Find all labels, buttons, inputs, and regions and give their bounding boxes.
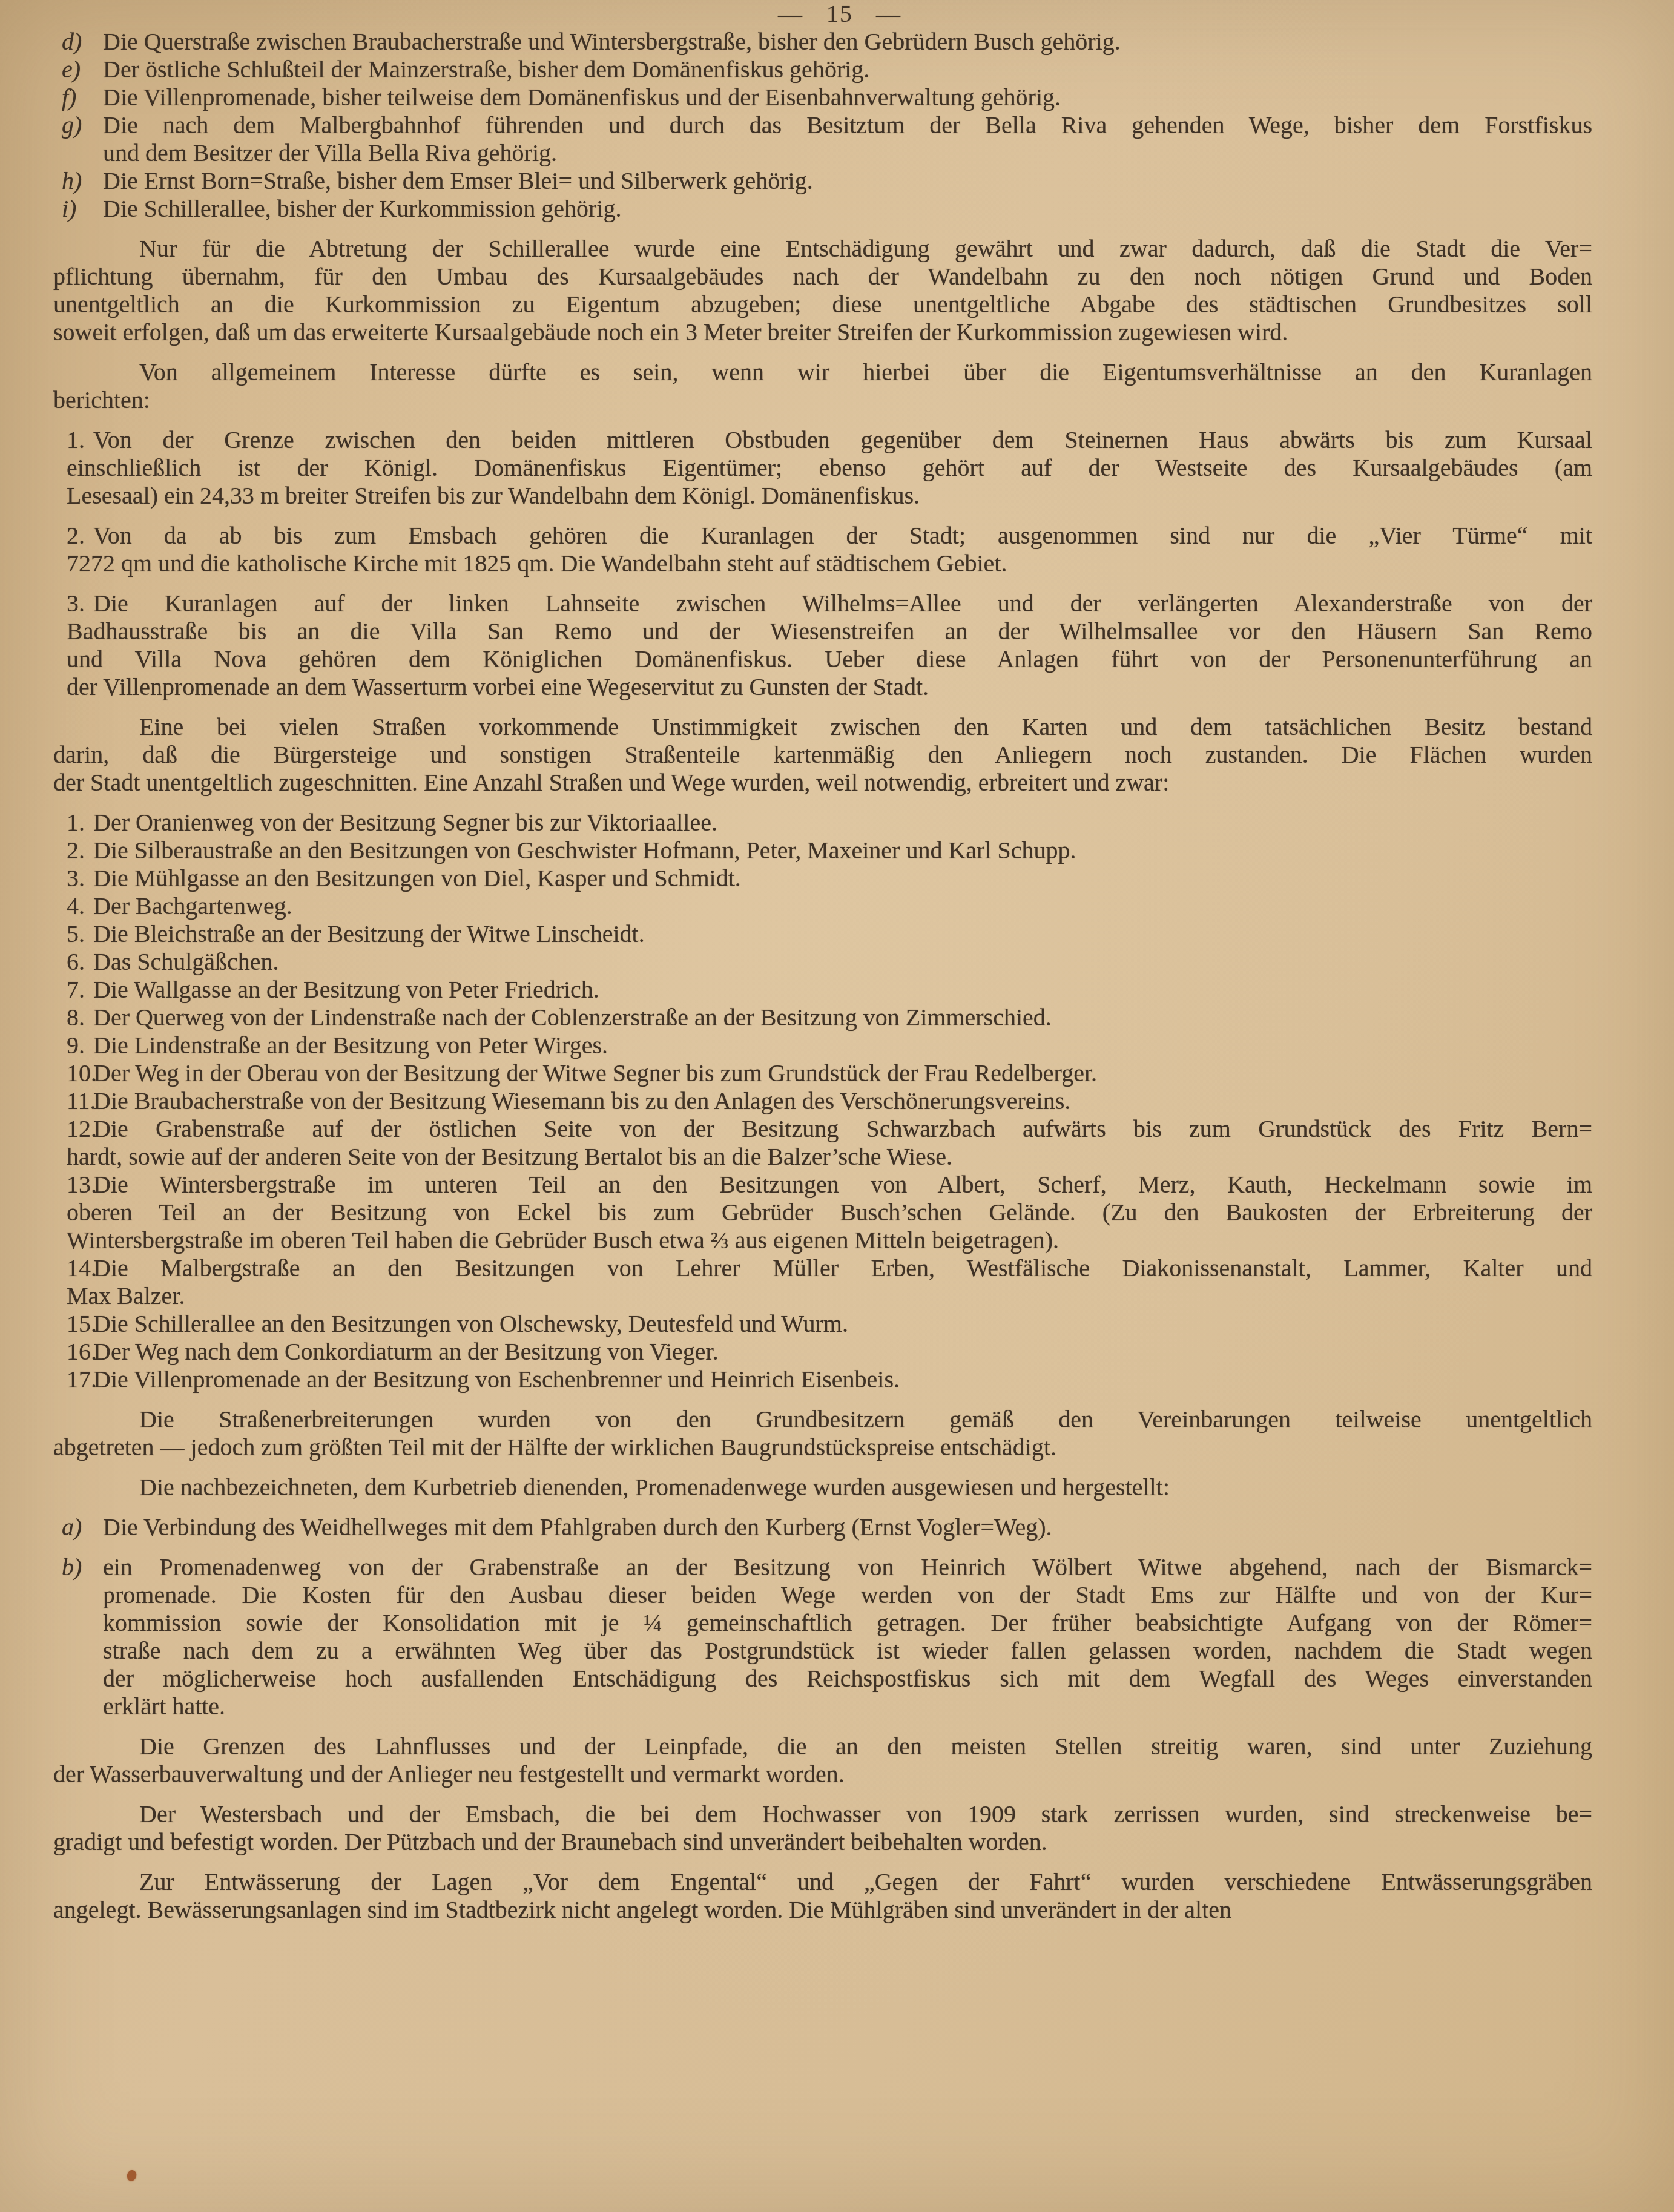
item-marker: 11.: [67, 1087, 93, 1115]
text-line: e)Der östliche Schlußteil der Mainzerstr…: [103, 56, 1592, 84]
item-marker: h): [62, 167, 97, 195]
item-marker: b): [62, 1553, 97, 1581]
item-marker: 14.: [67, 1254, 93, 1282]
street-item-6: 6.Das Schulgäßchen.: [67, 948, 1592, 976]
item-text: Die Kuranlagen auf der linken Lahnseite …: [93, 590, 1592, 617]
text-line: Zur Entwässerung der Lagen „Vor dem Enge…: [53, 1868, 1592, 1896]
text-line: Wintersbergstraße im oberen Teil haben d…: [67, 1226, 1592, 1254]
item-text: Die Wintersbergstraße im unteren Teil an…: [93, 1171, 1592, 1198]
item-marker: 6.: [67, 948, 93, 976]
text-line: der Wasserbauverwaltung und der Anlieger…: [53, 1760, 1592, 1788]
text-line: Der Westersbach und der Emsbach, die bei…: [53, 1800, 1592, 1828]
text-line: 16.Der Weg nach dem Conkordiaturm an der…: [67, 1338, 1592, 1366]
paragraph-eigentumsverhaeltnisse-intro: Von allgemeinem Interesse dürfte es sein…: [53, 358, 1592, 414]
item-text: ein Promenadenweg von der Grabenstraße a…: [103, 1553, 1592, 1581]
item-text: Die Schillerallee an den Besitzungen von…: [93, 1310, 848, 1337]
text-line: 4.Der Bachgartenweg.: [67, 892, 1592, 920]
street-item-15: 15.Die Schillerallee an den Besitzungen …: [67, 1310, 1592, 1338]
promenade-item-b: b)ein Promenadenweg von der Grabenstraße…: [62, 1553, 1592, 1720]
text-line: Eine bei vielen Straßen vorkommende Unst…: [53, 713, 1592, 741]
text-line: 7.Die Wallgasse an der Besitzung von Pet…: [67, 976, 1592, 1004]
list-item-h: h)Die Ernst Born=Straße, bisher dem Emse…: [62, 167, 1592, 195]
text-line: hardt, sowie auf der anderen Seite von d…: [67, 1143, 1592, 1171]
list-item-f: f)Die Villenpromenade, bisher teilweise …: [62, 84, 1592, 111]
scanned-document-page: — 15 —d)Die Querstraße zwischen Braubach…: [0, 0, 1674, 2212]
street-item-12: 12.Die Grabenstraße auf der östlichen Se…: [67, 1115, 1592, 1171]
item-marker: 3.: [67, 590, 93, 617]
item-marker: 12.: [67, 1115, 93, 1143]
item-marker: 17.: [67, 1366, 93, 1394]
item-marker: 2.: [67, 522, 93, 550]
text-line: Die nachbezeichneten, dem Kurbetrieb die…: [53, 1473, 1592, 1501]
street-item-7: 7.Die Wallgasse an der Besitzung von Pet…: [67, 976, 1592, 1004]
item-text: Die Villenpromenade an der Besitzung von…: [93, 1366, 900, 1393]
text-line: soweit erfolgen, daß um das erweiterte K…: [53, 318, 1592, 346]
item-marker: e): [62, 56, 97, 84]
item-marker: 8.: [67, 1004, 93, 1032]
item-marker: g): [62, 111, 97, 139]
text-line: Die Grenzen des Lahnflusses und der Lein…: [53, 1733, 1592, 1760]
ownership-item-1: 1.Von der Grenze zwischen den beiden mit…: [67, 426, 1592, 510]
item-marker: i): [62, 195, 97, 223]
street-item-10: 10.Der Weg in der Oberau von der Besitzu…: [67, 1059, 1592, 1087]
street-item-16: 16.Der Weg nach dem Conkordiaturm an der…: [67, 1338, 1592, 1366]
list-item-e: e)Der östliche Schlußteil der Mainzerstr…: [62, 56, 1592, 84]
text-line: Die Straßenerbreiterungen wurden von den…: [53, 1406, 1592, 1434]
text-line: i)Die Schillerallee, bisher der Kurkommi…: [103, 195, 1592, 223]
street-item-2: 2.Die Silberaustraße an den Besitzungen …: [67, 837, 1592, 864]
text-line: 15.Die Schillerallee an den Besitzungen …: [67, 1310, 1592, 1338]
page-content: — 15 —d)Die Querstraße zwischen Braubach…: [53, 0, 1592, 1924]
text-line: und Villa Nova gehören dem Königlichen D…: [67, 645, 1592, 673]
item-marker: 7.: [67, 976, 93, 1004]
text-line: Badhausstraße bis an die Villa San Remo …: [67, 617, 1592, 645]
text-line: b)ein Promenadenweg von der Grabenstraße…: [103, 1553, 1592, 1581]
text-line: 2.Die Silberaustraße an den Besitzungen …: [67, 837, 1592, 864]
text-line: d)Die Querstraße zwischen Braubacherstra…: [103, 28, 1592, 56]
text-line: a)Die Verbindung des Weidhellweges mit d…: [103, 1513, 1592, 1541]
item-text: Die Silberaustraße an den Besitzungen vo…: [93, 837, 1076, 864]
paragraph-westersbach-emsbach: Der Westersbach und der Emsbach, die bei…: [53, 1800, 1592, 1856]
text-line: 1.Der Oranienweg von der Besitzung Segne…: [67, 809, 1592, 837]
item-text: Das Schulgäßchen.: [93, 948, 279, 975]
text-line: einschließlich ist der Königl. Domänenfi…: [67, 454, 1592, 482]
item-text: Die Verbindung des Weidhellweges mit dem…: [103, 1513, 1052, 1541]
item-text: Von da ab bis zum Emsbach gehören die Ku…: [93, 522, 1592, 549]
text-line: gradigt und befestigt worden. Der Pützba…: [53, 1828, 1592, 1856]
text-line: 9.Die Lindenstraße an der Besitzung von …: [67, 1032, 1592, 1059]
item-text: Die Querstraße zwischen Braubacherstraße…: [103, 28, 1121, 55]
promenade-item-a: a)Die Verbindung des Weidhellweges mit d…: [62, 1513, 1592, 1541]
item-marker: 16.: [67, 1338, 93, 1366]
text-line: promenade. Die Kosten für den Ausbau die…: [103, 1581, 1592, 1609]
paragraph-promenadenwege-intro: Die nachbezeichneten, dem Kurbetrieb die…: [53, 1473, 1592, 1501]
text-line: 3.Die Kuranlagen auf der linken Lahnseit…: [67, 590, 1592, 617]
item-marker: 13.: [67, 1171, 93, 1199]
item-text: Der Weg in der Oberau von der Besitzung …: [93, 1059, 1097, 1087]
paragraph-lahn-grenzen: Die Grenzen des Lahnflusses und der Lein…: [53, 1733, 1592, 1788]
item-text: Die Villenpromenade, bisher teilweise de…: [103, 84, 1061, 111]
street-item-13: 13.Die Wintersbergstraße im unteren Teil…: [67, 1171, 1592, 1254]
item-text: Die Malbergstraße an den Besitzungen von…: [93, 1254, 1592, 1282]
page-number: — 15 —: [70, 0, 1609, 28]
item-marker: f): [62, 84, 97, 111]
item-marker: a): [62, 1513, 97, 1541]
text-line: 11.Die Braubacherstraße von der Besitzun…: [67, 1087, 1592, 1115]
text-line: 6.Das Schulgäßchen.: [67, 948, 1592, 976]
street-item-1: 1.Der Oranienweg von der Besitzung Segne…: [67, 809, 1592, 837]
text-line: pflichtung übernahm, für den Umbau des K…: [53, 263, 1592, 291]
text-line: abgetreten — jedoch zum größten Teil mit…: [53, 1434, 1592, 1461]
text-line: 1.Von der Grenze zwischen den beiden mit…: [67, 426, 1592, 454]
text-line: 12.Die Grabenstraße auf der östlichen Se…: [67, 1115, 1592, 1143]
ink-spot: [126, 2169, 137, 2182]
list-item-d: d)Die Querstraße zwischen Braubacherstra…: [62, 28, 1592, 56]
street-item-3: 3.Die Mühlgasse an den Besitzungen von D…: [67, 864, 1592, 892]
item-marker: 2.: [67, 837, 93, 864]
item-text: Die nach dem Malbergbahnhof führenden un…: [103, 111, 1592, 139]
text-line: der Stadt unentgeltlich zugeschnitten. E…: [53, 769, 1592, 797]
item-text: Der östliche Schlußteil der Mainzerstraß…: [103, 56, 869, 83]
text-line: kommission sowie der Konsolidation mit j…: [103, 1609, 1592, 1637]
item-text: Die Wallgasse an der Besitzung von Peter…: [93, 976, 599, 1003]
ownership-item-3: 3.Die Kuranlagen auf der linken Lahnseit…: [67, 590, 1592, 701]
text-line: Nur für die Abtretung der Schillerallee …: [53, 235, 1592, 263]
item-marker: 5.: [67, 920, 93, 948]
text-line: 8.Der Querweg von der Lindenstraße nach …: [67, 1004, 1592, 1032]
item-text: Der Bachgartenweg.: [93, 892, 292, 920]
text-line: Max Balzer.: [67, 1282, 1592, 1310]
text-line: h)Die Ernst Born=Straße, bisher dem Emse…: [103, 167, 1592, 195]
item-text: Die Braubacherstraße von der Besitzung W…: [93, 1087, 1070, 1114]
text-line: und dem Besitzer der Villa Bella Riva ge…: [103, 139, 1592, 167]
text-line: 10.Der Weg in der Oberau von der Besitzu…: [67, 1059, 1592, 1087]
text-line: Von allgemeinem Interesse dürfte es sein…: [53, 358, 1592, 386]
text-line: 5.Die Bleichstraße an der Besitzung der …: [67, 920, 1592, 948]
text-line: Lesesaal) ein 24,33 m breiter Streifen b…: [67, 482, 1592, 510]
street-item-8: 8.Der Querweg von der Lindenstraße nach …: [67, 1004, 1592, 1032]
item-text: Der Weg nach dem Conkordiaturm an der Be…: [93, 1338, 719, 1365]
paragraph-strassenerbreiterungen: Die Straßenerbreiterungen wurden von den…: [53, 1406, 1592, 1461]
text-line: 2.Von da ab bis zum Emsbach gehören die …: [67, 522, 1592, 550]
text-line: der möglicherweise hoch ausfallenden Ent…: [103, 1665, 1592, 1693]
item-text: Von der Grenze zwischen den beiden mittl…: [93, 426, 1592, 453]
item-marker: 9.: [67, 1032, 93, 1059]
item-marker: 10.: [67, 1059, 93, 1087]
text-line: unentgeltlich an die Kurkommission zu Ei…: [53, 291, 1592, 318]
ownership-item-2: 2.Von da ab bis zum Emsbach gehören die …: [67, 522, 1592, 578]
item-text: Der Oranienweg von der Besitzung Segner …: [93, 809, 717, 836]
text-line: der Villenpromenade an dem Wasserturm vo…: [67, 673, 1592, 701]
text-line: g)Die nach dem Malbergbahnhof führenden …: [103, 111, 1592, 139]
item-marker: 1.: [67, 809, 93, 837]
item-marker: d): [62, 28, 97, 56]
street-item-14: 14.Die Malbergstraße an den Besitzungen …: [67, 1254, 1592, 1310]
text-line: darin, daß die Bürgersteige und sonstige…: [53, 741, 1592, 769]
paragraph-entwaesserung: Zur Entwässerung der Lagen „Vor dem Enge…: [53, 1868, 1592, 1924]
item-marker: 15.: [67, 1310, 93, 1338]
text-line: 14.Die Malbergstraße an den Besitzungen …: [67, 1254, 1592, 1282]
item-text: Die Grabenstraße auf der östlichen Seite…: [93, 1115, 1592, 1142]
street-item-17: 17.Die Villenpromenade an der Besitzung …: [67, 1366, 1592, 1394]
paragraph-unstimmigkeit-karten: Eine bei vielen Straßen vorkommende Unst…: [53, 713, 1592, 797]
text-line: f)Die Villenpromenade, bisher teilweise …: [103, 84, 1592, 111]
item-text: Der Querweg von der Lindenstraße nach de…: [93, 1004, 1052, 1031]
street-item-5: 5.Die Bleichstraße an der Besitzung der …: [67, 920, 1592, 948]
street-item-11: 11.Die Braubacherstraße von der Besitzun…: [67, 1087, 1592, 1115]
item-marker: 1.: [67, 426, 93, 454]
text-line: 17.Die Villenpromenade an der Besitzung …: [67, 1366, 1592, 1394]
text-line: 7272 qm und die katholische Kirche mit 1…: [67, 550, 1592, 578]
item-marker: 3.: [67, 864, 93, 892]
text-line: straße nach dem zu a erwähnten Weg über …: [103, 1637, 1592, 1665]
list-item-i: i)Die Schillerallee, bisher der Kurkommi…: [62, 195, 1592, 223]
item-text: Die Ernst Born=Straße, bisher dem Emser …: [103, 167, 813, 194]
street-item-9: 9.Die Lindenstraße an der Besitzung von …: [67, 1032, 1592, 1059]
item-text: Die Schillerallee, bisher der Kurkommiss…: [103, 195, 621, 222]
text-line: oberen Teil an der Besitzung von Eckel b…: [67, 1199, 1592, 1226]
item-text: Die Mühlgasse an den Besitzungen von Die…: [93, 864, 741, 892]
text-line: berichten:: [53, 386, 1592, 414]
street-item-4: 4.Der Bachgartenweg.: [67, 892, 1592, 920]
text-line: erklärt hatte.: [103, 1693, 1592, 1720]
item-text: Die Bleichstraße an der Besitzung der Wi…: [93, 920, 645, 947]
item-marker: 4.: [67, 892, 93, 920]
text-line: 3.Die Mühlgasse an den Besitzungen von D…: [67, 864, 1592, 892]
paragraph-schillerallee-entschaedigung: Nur für die Abtretung der Schillerallee …: [53, 235, 1592, 346]
item-text: Die Lindenstraße an der Besitzung von Pe…: [93, 1032, 608, 1059]
text-line: 13.Die Wintersbergstraße im unteren Teil…: [67, 1171, 1592, 1199]
text-line: angelegt. Bewässerungsanlagen sind im St…: [53, 1896, 1592, 1924]
list-item-g: g)Die nach dem Malbergbahnhof führenden …: [62, 111, 1592, 167]
text-line: — 15 —: [70, 0, 1609, 28]
